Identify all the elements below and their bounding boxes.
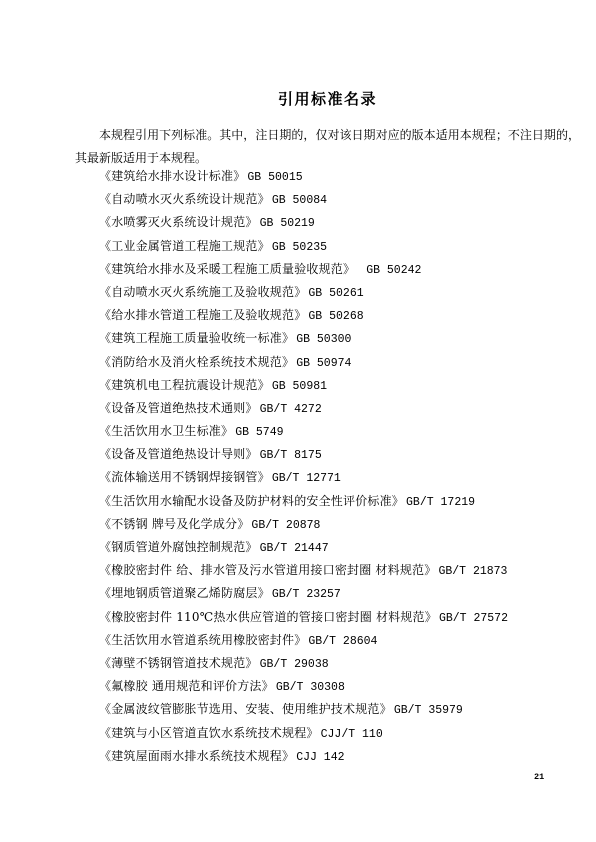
standard-code: GB/T 30308 xyxy=(276,681,345,694)
standard-name: 《橡胶密封件 给、排水管及污水管道用接口密封圈 材料规范》 xyxy=(99,563,436,577)
standard-code: GB 50084 xyxy=(272,194,327,207)
standard-name: 《不锈钢 牌号及化学成分》 xyxy=(99,517,249,531)
standard-list-item: 《设备及管道绝热技术通则》GB/T 4272 xyxy=(75,397,585,420)
standard-list-item: 《消防给水及消火栓系统技术规范》GB 50974 xyxy=(75,351,585,374)
standard-code: GB 50242 xyxy=(366,264,421,277)
standard-code: CJJ/T 110 xyxy=(321,728,383,741)
standard-name: 《水喷雾灭火系统设计规范》 xyxy=(99,215,258,229)
standard-list-item: 《不锈钢 牌号及化学成分》GB/T 20878 xyxy=(75,513,585,536)
standard-name: 《自动喷水灭火系统施工及验收规范》 xyxy=(99,285,306,299)
standard-list-item: 《工业金属管道工程施工规范》GB 50235 xyxy=(75,235,585,258)
standard-name: 《建筑与小区管道直饮水系统技术规程》 xyxy=(99,726,319,740)
standard-code: GB 50235 xyxy=(272,241,327,254)
standard-name: 《建筑工程施工质量验收统一标准》 xyxy=(99,331,294,345)
standard-code: GB/T 29038 xyxy=(260,658,329,671)
standard-name: 《流体输送用不锈钢焊接钢管》 xyxy=(99,470,270,484)
standard-list-item: 《氟橡胶 通用规范和评价方法》GB/T 30308 xyxy=(75,675,585,698)
standard-code: GB 50300 xyxy=(296,333,351,346)
standard-list-item: 《生活饮用水管道系统用橡胶密封件》GB/T 28604 xyxy=(75,629,585,652)
standard-list-item: 《水喷雾灭火系统设计规范》GB 50219 xyxy=(75,211,585,234)
standard-list-item: 《生活饮用水输配水设备及防护材料的安全性评价标准》GB/T 17219 xyxy=(75,490,585,513)
standard-list-item: 《薄壁不锈钢管道技术规范》GB/T 29038 xyxy=(75,652,585,675)
standard-code: GB/T 12771 xyxy=(272,472,341,485)
standard-list-item: 《自动喷水灭火系统施工及验收规范》GB 50261 xyxy=(75,281,585,304)
standard-name: 《设备及管道绝热技术通则》 xyxy=(99,401,258,415)
standard-list-item: 《建筑与小区管道直饮水系统技术规程》CJJ/T 110 xyxy=(75,722,585,745)
standard-code: GB 50981 xyxy=(272,380,327,393)
standard-list-item: 《钢质管道外腐蚀控制规范》GB/T 21447 xyxy=(75,536,585,559)
standard-code: GB/T 23257 xyxy=(272,588,341,601)
standard-code: GB 50974 xyxy=(296,357,351,370)
standard-name: 《氟橡胶 通用规范和评价方法》 xyxy=(99,679,274,693)
standard-list-item: 《橡胶密封件 给、排水管及污水管道用接口密封圈 材料规范》GB/T 21873 xyxy=(75,559,585,582)
standard-list-item: 《流体输送用不锈钢焊接钢管》GB/T 12771 xyxy=(75,466,585,489)
standard-code: GB 50015 xyxy=(247,171,302,184)
standard-code: GB/T 4272 xyxy=(260,403,322,416)
standard-code: GB/T 17219 xyxy=(406,496,475,509)
standard-code: GB/T 27572 xyxy=(439,612,508,625)
standard-code: CJJ 142 xyxy=(296,751,344,764)
standard-list-item: 《建筑给水排水及采暖工程施工质量验收规范》GB 50242 xyxy=(75,258,585,281)
standard-list-item: 《建筑给水排水设计标准》GB 50015 xyxy=(75,165,585,188)
intro-paragraph: 本规程引用下列标准。其中，注日期的，仅对该日期对应的版本适用本规程；不注日期的，… xyxy=(75,124,580,170)
standard-code: GB/T 20878 xyxy=(251,519,320,532)
standard-name: 《建筑屋面雨水排水系统技术规程》 xyxy=(99,749,294,763)
standard-code: GB/T 21447 xyxy=(260,542,329,555)
standard-code: GB 50219 xyxy=(260,217,315,230)
standards-list: 《建筑给水排水设计标准》GB 50015《自动喷水灭火系统设计规范》GB 500… xyxy=(75,165,585,768)
standard-name: 《建筑给水排水设计标准》 xyxy=(99,169,245,183)
standard-list-item: 《建筑机电工程抗震设计规范》GB 50981 xyxy=(75,374,585,397)
standard-name: 《建筑机电工程抗震设计规范》 xyxy=(99,378,270,392)
standard-name: 《设备及管道绝热设计导则》 xyxy=(99,447,258,461)
standard-code: GB 50261 xyxy=(308,287,363,300)
standard-name: 《钢质管道外腐蚀控制规范》 xyxy=(99,540,258,554)
standard-list-item: 《建筑屋面雨水排水系统技术规程》CJJ 142 xyxy=(75,745,585,768)
standard-name: 《建筑给水排水及采暖工程施工质量验收规范》 xyxy=(99,262,355,276)
standard-name: 《生活饮用水管道系统用橡胶密封件》 xyxy=(99,633,306,647)
standard-name: 《给水排水管道工程施工及验收规范》 xyxy=(99,308,306,322)
page-number: 21 xyxy=(534,772,544,782)
standard-name: 《金属波纹管膨胀节选用、安装、使用维护技术规范》 xyxy=(99,702,392,716)
standard-name: 《生活饮用水输配水设备及防护材料的安全性评价标准》 xyxy=(99,494,404,508)
standard-code: GB/T 35979 xyxy=(394,704,463,717)
standard-list-item: 《给水排水管道工程施工及验收规范》GB 50268 xyxy=(75,304,585,327)
standard-list-item: 《埋地钢质管道聚乙烯防腐层》GB/T 23257 xyxy=(75,582,585,605)
document-page: 引用标准名录 本规程引用下列标准。其中，注日期的，仅对该日期对应的版本适用本规程… xyxy=(0,0,596,842)
standard-code: GB 50268 xyxy=(308,310,363,323)
standard-list-item: 《金属波纹管膨胀节选用、安装、使用维护技术规范》GB/T 35979 xyxy=(75,698,585,721)
standard-code: GB/T 8175 xyxy=(260,449,322,462)
standard-list-item: 《建筑工程施工质量验收统一标准》GB 50300 xyxy=(75,327,585,350)
standard-name: 《工业金属管道工程施工规范》 xyxy=(99,239,270,253)
standard-code: GB/T 21873 xyxy=(438,565,507,578)
standard-name: 《自动喷水灭火系统设计规范》 xyxy=(99,192,270,206)
standard-code: GB 5749 xyxy=(235,426,283,439)
standard-list-item: 《设备及管道绝热设计导则》GB/T 8175 xyxy=(75,443,585,466)
standard-name: 《生活饮用水卫生标准》 xyxy=(99,424,233,438)
page-title: 引用标准名录 xyxy=(75,88,580,109)
standard-name: 《埋地钢质管道聚乙烯防腐层》 xyxy=(99,586,270,600)
standard-list-item: 《生活饮用水卫生标准》GB 5749 xyxy=(75,420,585,443)
standard-code: GB/T 28604 xyxy=(308,635,377,648)
standard-name: 《消防给水及消火栓系统技术规范》 xyxy=(99,355,294,369)
standard-name: 《橡胶密封件 110℃热水供应管道的管接口密封圈 材料规范》 xyxy=(99,610,437,624)
standard-name: 《薄壁不锈钢管道技术规范》 xyxy=(99,656,258,670)
standard-list-item: 《自动喷水灭火系统设计规范》GB 50084 xyxy=(75,188,585,211)
standard-list-item: 《橡胶密封件 110℃热水供应管道的管接口密封圈 材料规范》GB/T 27572 xyxy=(75,606,585,629)
